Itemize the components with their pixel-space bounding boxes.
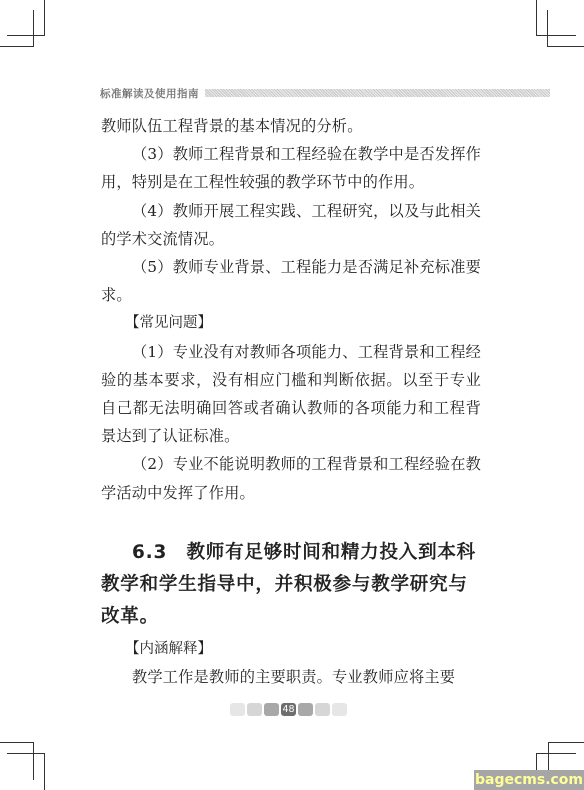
paragraph: 教师队伍工程背景的基本情况的分析。 — [101, 112, 481, 140]
crop-mark-bottom-left — [7, 753, 45, 754]
crop-mark-top-left — [33, 10, 34, 47]
crop-mark-bottom-right — [536, 753, 576, 754]
page-number: 48 — [281, 703, 296, 716]
crop-mark-bottom-left — [0, 742, 34, 743]
header-hatched-bar — [205, 89, 550, 97]
watermark: bagecms.com — [474, 770, 584, 790]
page-indicator: 48 — [230, 703, 347, 716]
issue-paragraph: （2）专业不能说明教师的工程背景和工程经验在教学活动中发挥了作用。 — [101, 450, 481, 506]
crop-mark-top-left — [0, 46, 34, 47]
running-title: 标准解读及使用指南 — [100, 86, 199, 101]
crop-mark-bottom-left — [33, 742, 34, 780]
crop-mark-top-left — [44, 0, 45, 36]
crop-mark-top-right — [547, 46, 584, 47]
connotation-paragraph: 教学工作是教师的主要职责。专业教师应将主要 — [101, 663, 481, 691]
crop-mark-top-right — [536, 35, 576, 36]
pager-block — [298, 703, 313, 716]
paragraph: （4）教师开展工程实践、工程研究，以及与此相关的学术交流情况。 — [101, 197, 481, 253]
pager-block — [332, 703, 347, 716]
page-body: 教师队伍工程背景的基本情况的分析。 （3）教师工程背景和工程经验在教学中是否发挥… — [101, 112, 481, 691]
paragraph: （3）教师工程背景和工程经验在教学中是否发挥作用，特别是在工程性较强的教学环节中… — [101, 140, 481, 196]
running-header: 标准解读及使用指南 — [100, 86, 550, 100]
common-issues-label: 【常见问题】 — [101, 309, 481, 337]
crop-mark-top-right — [547, 10, 548, 47]
pager-block — [315, 703, 330, 716]
pager-block — [264, 703, 279, 716]
section-heading: 6.3 教师有足够时间和精力投入到本科教学和学生指导中，并积极参与教学研究与改革… — [101, 537, 481, 633]
issue-paragraph: （1）专业没有对教师各项能力、工程背景和工程经验的基本要求，没有相应门槛和判断依… — [101, 338, 481, 451]
pager-block — [247, 703, 262, 716]
crop-mark-bottom-right — [548, 742, 584, 743]
connotation-label: 【内涵解释】 — [101, 635, 481, 663]
crop-mark-top-right — [536, 0, 537, 36]
crop-mark-top-left — [7, 35, 45, 36]
crop-mark-bottom-left — [44, 753, 45, 790]
paragraph: （5）教师专业背景、工程能力是否满足补充标准要求。 — [101, 253, 481, 309]
pager-block — [230, 703, 245, 716]
